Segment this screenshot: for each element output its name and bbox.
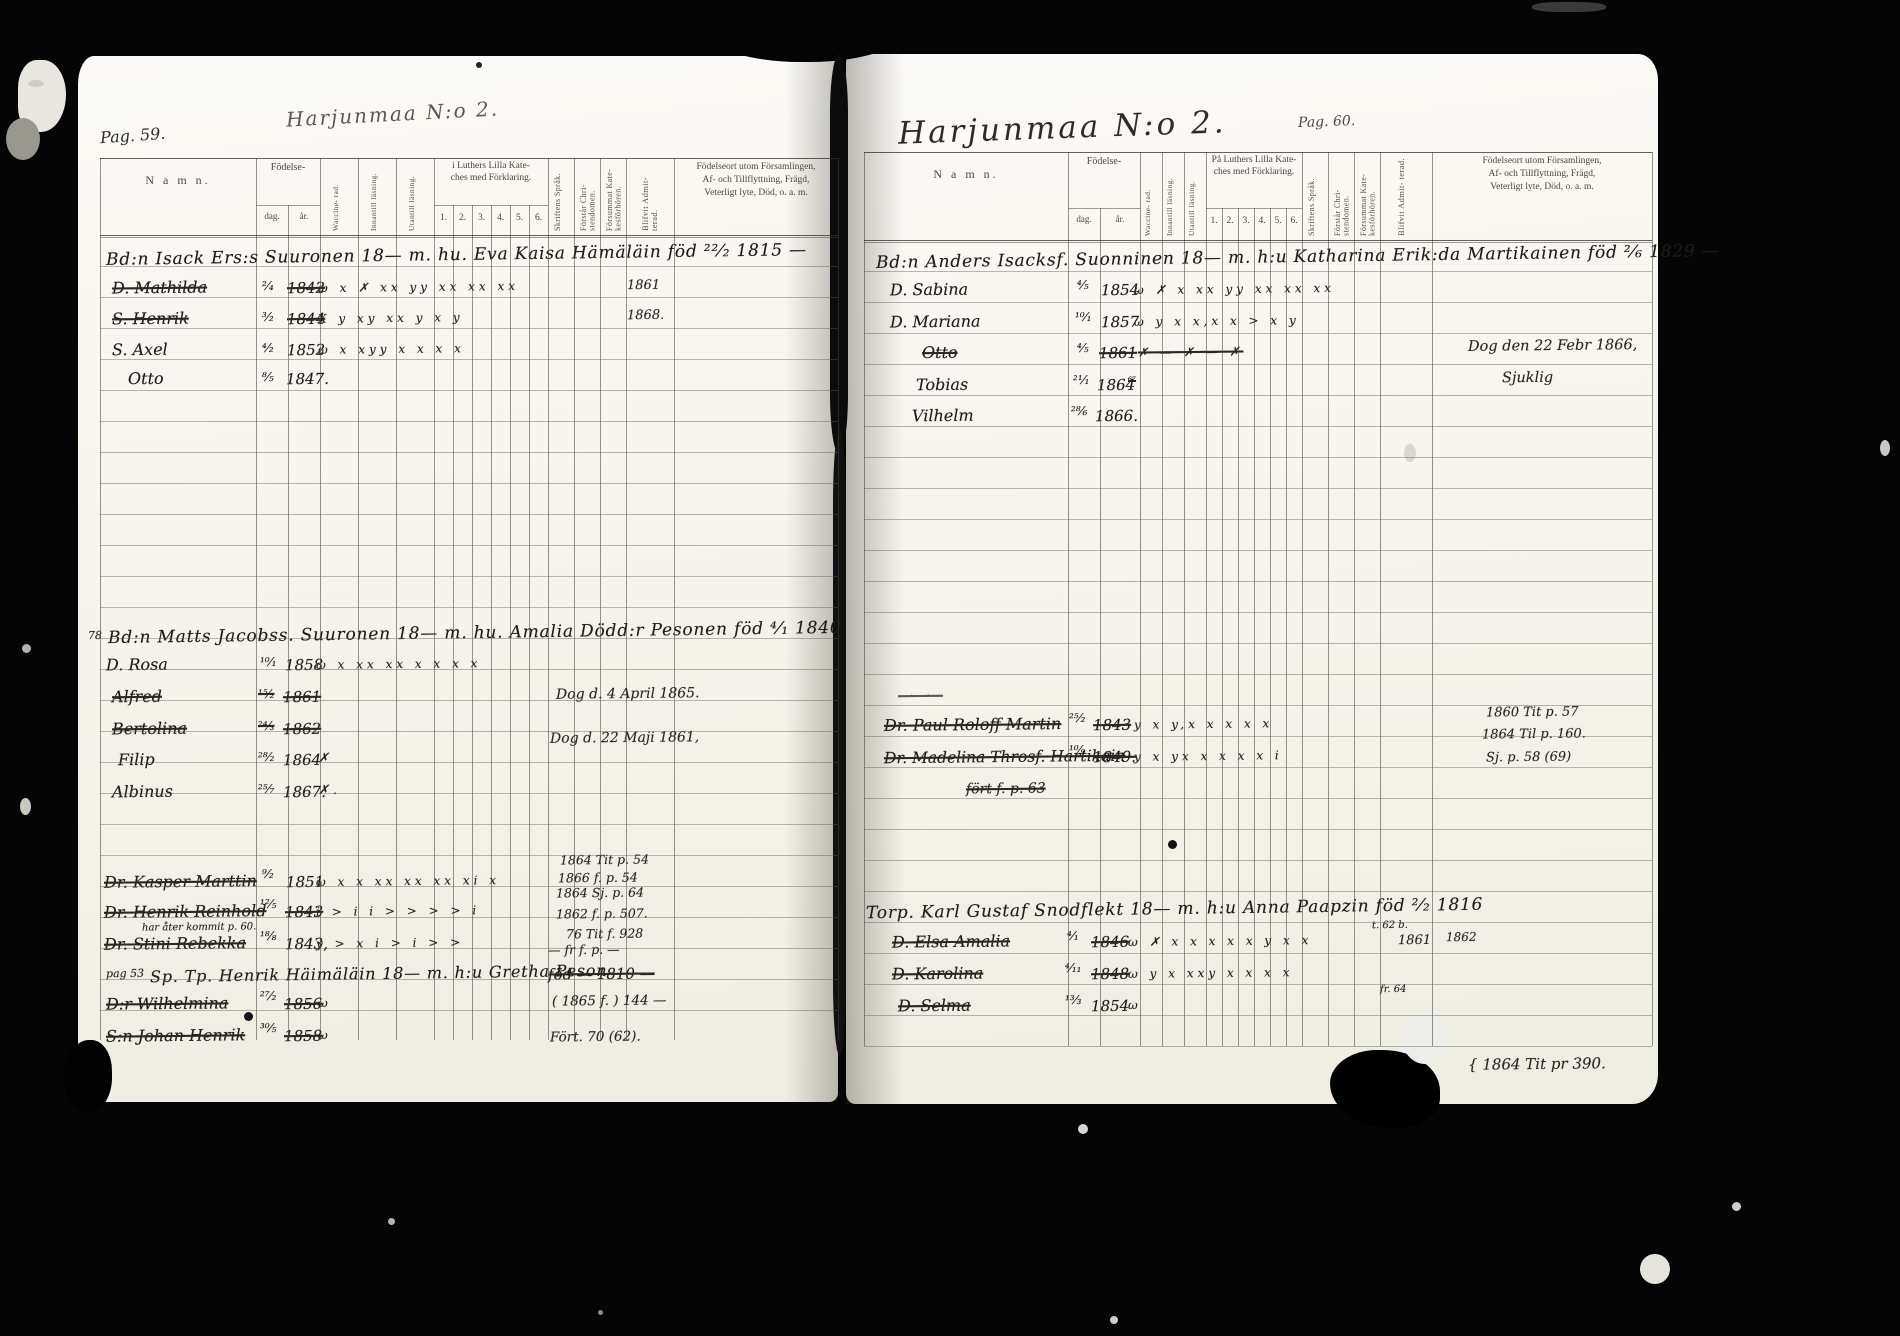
table-row-line-right: [864, 581, 1652, 582]
table-rule-vertical-right: [1184, 152, 1185, 1046]
handwritten-entry-right: D. Selma: [898, 996, 971, 1016]
handwritten-entry-right: Dr. Paul Roloff Martin: [884, 714, 1061, 735]
table-rule-vertical-right: [1652, 152, 1653, 1046]
table-row-line-left: [100, 1010, 838, 1011]
table-row-line-right: [864, 271, 1652, 272]
col-header-notes-right: Af- och Tillflyttning, Frägd,: [1392, 169, 1692, 180]
handwritten-entry-left: Bertolina: [112, 719, 187, 739]
handwritten-tick-right: ω ✗ x x x x x y x x: [1128, 933, 1312, 949]
table-rule-vertical-left: [434, 158, 435, 1040]
handwritten-entry-left: Dr. Kasper Marttin: [104, 871, 257, 892]
table-row-line-right: [864, 550, 1652, 551]
handwritten-entry-right: Tobias: [916, 375, 968, 395]
handwritten-note-left: 1861: [627, 278, 660, 293]
table-row-line-right: [864, 488, 1652, 489]
table-row-line-left: [100, 886, 838, 887]
table-row-line-right: [864, 1015, 1652, 1016]
col-header-notes-right: Veterligt lyte, Död, o. a. m.: [1392, 182, 1692, 193]
handwritten-entry-right: D. Elsa Amalia: [892, 931, 1010, 951]
paper-speck-1: [1402, 1012, 1448, 1064]
table-rule-vertical-left: [100, 158, 101, 1040]
handwritten-entry-right: ⁶⁷: [1128, 376, 1136, 387]
handwritten-entry-left: ¹⁸⁄₈: [260, 929, 277, 943]
table-row-line-right: [864, 333, 1652, 334]
col-header-rotated-left: Förstår Chri- stendomen.: [580, 162, 594, 231]
table-rule-vertical-left: [674, 158, 675, 1040]
table-row-line-right: [864, 767, 1652, 768]
col-header-namn-left: N a m n.: [28, 174, 328, 187]
table-row-line-left: [100, 731, 838, 732]
table-rule-vertical-right: [1206, 152, 1207, 1046]
handwritten-note-right: Sjuklig: [1502, 369, 1553, 386]
col-header-katekes-2-left: ches med Förklaring.: [341, 173, 641, 184]
table-rule-vertical-left: [288, 205, 289, 1040]
handwritten-entry-right: ⁴⁄₅: [1077, 341, 1089, 355]
table-rule-vertical-right: [1328, 152, 1329, 1046]
page-number-right: Pag. 60.: [1298, 113, 1356, 131]
handwritten-scribble-right: —·—·—: [898, 689, 943, 702]
col-header-notes-left: Veterligt lyte, Död, o. a. m.: [606, 188, 906, 199]
table-rule-header-bottom-left: [100, 235, 838, 236]
handwritten-note-right: fört f. p. 63: [966, 781, 1046, 798]
table-row-line-right: [864, 643, 1652, 644]
handwritten-entry-left: ⁴⁄₂: [262, 341, 274, 355]
handwritten-note-right: Dog den 22 Febr 1866,: [1468, 337, 1637, 355]
handwritten-tick-right: ω ✗ x xx yy xx xx xx: [1134, 281, 1335, 297]
table-rule-vertical-right: [1380, 152, 1381, 1046]
col-header-namn-right: N a m n.: [816, 168, 1116, 181]
table-rule-header-top-left: [100, 158, 838, 159]
handwritten-entry-left: Dr. Henrik Reinhold: [104, 901, 267, 922]
paper-speck-5: [1880, 440, 1890, 456]
handwritten-entry-left: Albinus: [112, 782, 173, 802]
table-rule-vertical-right: [1140, 152, 1141, 1046]
handwritten-entry-left: Filip: [118, 750, 155, 769]
table-row-line-right: [864, 798, 1652, 799]
table-row-line-right: [864, 457, 1652, 458]
handwritten-note-right: 1864 Til p. 160.: [1482, 726, 1586, 742]
paper-speck-3: [1640, 1254, 1670, 1284]
handwritten-entry-left: ⁸⁄₅: [262, 370, 274, 384]
table-rule-vertical-left: [320, 158, 321, 1040]
table-rule-birth-sub-left: [256, 205, 320, 206]
table-row-line-left: [100, 545, 838, 546]
table-rule-vertical-left: [396, 158, 397, 1040]
handwritten-entry-left: S:n Johan Henrik: [106, 1025, 245, 1045]
handwritten-entry-left: S. Axel: [112, 340, 168, 360]
table-rule-vertical-right: [1432, 152, 1433, 1046]
table-row-line-right: [864, 674, 1652, 675]
handwritten-entry-right: Otto: [922, 343, 958, 362]
handwritten-entry-left: S. Henrik: [112, 309, 189, 329]
handwritten-entry-right: D. Karolina: [892, 964, 983, 984]
table-row-line-left: [100, 452, 838, 453]
table-rule-vertical-left: [626, 158, 627, 1040]
table-rule-vertical-right: [1302, 152, 1303, 1046]
handwritten-tick-right: y x yx x x x x i: [1134, 748, 1283, 764]
handwritten-entry-left: ²⁄₄: [262, 279, 274, 293]
handwritten-tick-right: y x y,x x x x x: [1134, 716, 1273, 731]
table-rule-vertical-left: [510, 205, 511, 1040]
handwritten-entry-left: Alfred: [112, 687, 162, 707]
table-row-line-left: [100, 514, 838, 515]
col-header-rotated-right: Försummat Kate- kesförhören.: [1360, 156, 1374, 236]
handwritten-entry-right: Vilhelm: [912, 406, 974, 426]
table-row-line-left: [100, 948, 838, 949]
handwritten-entry-right: ¹⁰⁄₉: [1069, 743, 1086, 757]
paper-speck-9: [1110, 1316, 1118, 1324]
handwritten-entry-left: 1858: [284, 1027, 322, 1045]
handwritten-entry-right: ²⁸⁄₆: [1071, 404, 1088, 418]
handwritten-note-left: 76 Tit f. 928: [566, 925, 643, 941]
table-row-line-right: [864, 891, 1652, 892]
table-row-line-left: [100, 328, 838, 329]
table-rule-vertical-left: [548, 158, 549, 1040]
handwritten-note-right: 1861: [1398, 933, 1431, 948]
table-row-line-left: [100, 297, 838, 298]
handwritten-entry-right: ¹⁰⁄₁: [1075, 310, 1092, 324]
table-rule-vertical-right: [864, 152, 865, 1046]
handwritten-note-left: Fört. 70 (62).: [550, 1028, 641, 1045]
handwritten-note-right: Sj. p. 58 (69): [1486, 750, 1571, 766]
gutter-strip-upper: [830, 54, 848, 454]
handwritten-entry-left: ²⁷⁄₂: [260, 989, 277, 1003]
paper-tear-top-left-2: [6, 118, 40, 160]
table-row-line-right: [864, 612, 1652, 613]
paper-speck-2: [1404, 444, 1416, 462]
paper-speck-7: [388, 1218, 395, 1225]
table-rule-vertical-left: [453, 205, 454, 1040]
table-row-line-right: [864, 302, 1652, 303]
handwritten-entry-right: ²¹⁄₁: [1073, 373, 1090, 387]
table-rule-vertical-right: [1354, 152, 1355, 1046]
ink-dot-right-page: [1168, 840, 1177, 849]
table-row-line-left: [100, 607, 838, 608]
table-row-line-left: [100, 421, 838, 422]
handwritten-tick-left: X y xy xx y x y: [318, 310, 464, 326]
handwritten-entry-right: 1843: [1093, 716, 1131, 734]
handwritten-tick-right: ω y x x,x x > x y: [1134, 313, 1300, 329]
col-header-notes-right: Födelseort utom Församlingen,: [1392, 156, 1692, 167]
gutter-strip-lower: [833, 430, 846, 1055]
table-rule-vertical-left: [600, 158, 601, 1040]
table-rule-katekes-sub-left: [434, 205, 548, 206]
scratch-top-right: [1532, 2, 1606, 12]
edge-speck-left-3: [20, 798, 31, 815]
handwritten-entry-right: 1846: [1091, 933, 1129, 951]
handwritten-entry-left: ¹⁰⁄₁: [260, 655, 277, 669]
table-row-line-left: [100, 979, 838, 980]
handwritten-note-left: 1862 f. p. 507.: [556, 905, 648, 921]
table-rule-vertical-left: [529, 205, 530, 1040]
handwritten-entry-right: ²⁵⁄₂: [1069, 711, 1086, 725]
handwritten-note-left: har åter kommit p. 60.: [142, 921, 256, 933]
handwritten-entry-left: Dr. Stini Rebekka: [104, 933, 246, 953]
handwritten-entry-right: 1848: [1091, 965, 1129, 983]
col-header-rotated-right: Skriftens Språk.: [1308, 156, 1322, 236]
edge-speck-left-2: [22, 644, 31, 653]
table-rule-vertical-left: [491, 205, 492, 1040]
handwritten-entry-left: D. Mathilda: [112, 278, 207, 298]
table-rule-vertical-right: [1068, 152, 1069, 1046]
table-row-line-right: [864, 829, 1652, 830]
handwritten-note-left: — fr f. p. —: [548, 941, 620, 957]
handwritten-entry-left: föd — 1810 —: [548, 964, 655, 983]
handwritten-note-left: ( 1865 f. ) 144 —: [552, 992, 667, 1009]
handwritten-tick-right: ✗ — ✗ — ✗: [1138, 344, 1244, 359]
table-row-line-left: [100, 390, 838, 391]
paper-speck-4: [1732, 1202, 1741, 1211]
table-row-line-left: [100, 483, 838, 484]
handwritten-entry-left: D. Rosa: [106, 655, 168, 675]
table-row-line-left: [100, 700, 838, 701]
table-row-line-left: [100, 669, 838, 670]
col-header-rotated-left: Skriftens Språk.: [554, 162, 568, 231]
table-rule-header-bottom2-right: [864, 242, 1652, 243]
handwritten-note-right: 1862: [1446, 930, 1477, 944]
table-row-line-left: [100, 359, 838, 360]
table-row-line-left: [100, 917, 838, 918]
handwritten-entry-right: 1866.: [1095, 407, 1138, 425]
handwritten-entry-left: ¹⁵⁄₂: [258, 687, 275, 701]
table-rule-vertical-left: [358, 158, 359, 1040]
table-row-line-right: [864, 860, 1652, 861]
handwritten-tick-left: ω x ✗ xx yy xx xx xx: [318, 279, 519, 295]
table-row-line-right: [864, 426, 1652, 427]
table-rule-vertical-left: [256, 158, 257, 1040]
table-row-line-right: [864, 1046, 1652, 1047]
handwritten-entry-right: ⁴⁄₅: [1077, 278, 1089, 292]
col-header-katekes-1-left: i Luthers Lilla Kate-: [341, 161, 641, 172]
table-row-line-left: [100, 824, 838, 825]
handwritten-note-right: fr. 64: [1380, 984, 1407, 995]
table-row-line-right: [864, 705, 1652, 706]
table-row-line-left: [100, 576, 838, 577]
handwritten-entry-left: ³⁄₂: [262, 310, 274, 324]
table-row-line-right: [864, 736, 1652, 737]
table-row-line-left: [100, 793, 838, 794]
scanned-register-spread: Pag. 59. Harjunmaa N:o 2. Harjunmaa N:o …: [0, 0, 1900, 1336]
handwritten-entry-right: Dr. Madelina Throsf. Hartikain: [884, 746, 1125, 767]
table-rule-birth-sub-right: [1068, 208, 1140, 209]
edge-speck-left-1: [28, 80, 44, 87]
col-header-katekes-1-right: På Luthers Lilla Kate-: [1104, 155, 1404, 166]
table-row-line-left: [100, 638, 838, 639]
handwritten-tick-left: ✗.: [318, 783, 341, 798]
col-header-rotated-right: Förstår Chri- stendomen.: [1334, 156, 1348, 236]
handwritten-entry-left: ¹²⁄₅: [260, 897, 277, 911]
table-rule-header-bottom2-left: [100, 237, 838, 238]
table-rule-header-top-right: [864, 152, 1652, 153]
handwritten-entry-left: ⁹⁄₂: [262, 867, 274, 881]
table-rule-katekes-sub-right: [1206, 208, 1302, 209]
paper-speck-6: [1078, 1124, 1088, 1134]
handwritten-entry-right: 1861: [1099, 344, 1137, 362]
paper-speck-8: [598, 1310, 603, 1315]
handwritten-entry-left: ³⁰⁄₅: [260, 1021, 277, 1035]
table-row-line-left: [100, 855, 838, 856]
table-row-line-right: [864, 519, 1652, 520]
handwritten-entry-left: 1847.: [286, 370, 329, 388]
table-rule-vertical-right: [1162, 152, 1163, 1046]
table-rule-vertical-left: [472, 205, 473, 1040]
handwritten-note-left: 1868.: [627, 308, 664, 323]
table-row-line-right: [864, 364, 1652, 365]
table-rule-vertical-left: [838, 158, 839, 1040]
table-row-line-right: [864, 395, 1652, 396]
table-row-line-left: [100, 762, 838, 763]
handwritten-entry-right: D. Mariana: [890, 312, 981, 332]
handwritten-tick-left: ω x xyy x x x x: [318, 341, 465, 357]
shadow-blob-bottom-left-page: [64, 1040, 112, 1112]
ink-dot-left-page: [244, 1012, 253, 1021]
table-rule-header-bottom-right: [864, 240, 1652, 241]
gutter-blob-top: [696, 0, 914, 62]
table-row-line-left: [100, 266, 838, 267]
handwritten-tick-right: ω y x xxy x x x x: [1128, 965, 1294, 981]
handwritten-entry-right: D. Sabina: [890, 280, 968, 300]
table-row-line-right: [864, 953, 1652, 954]
table-rule-vertical-left: [574, 158, 575, 1040]
ink-dot-top: [476, 62, 482, 68]
table-row-line-right: [864, 984, 1652, 985]
handwritten-entry-left: Otto: [128, 369, 164, 388]
col-header-admitted-right: Blifvit Admit- terad.: [1397, 156, 1415, 236]
handwritten-note-right: 1860 Tit p. 57: [1486, 705, 1579, 721]
table-row-line-right: [864, 922, 1652, 923]
handwritten-entry-right: 1854: [1091, 997, 1129, 1015]
handwritten-note-right: { 1864 Tit pr 390.: [1468, 1054, 1606, 1073]
